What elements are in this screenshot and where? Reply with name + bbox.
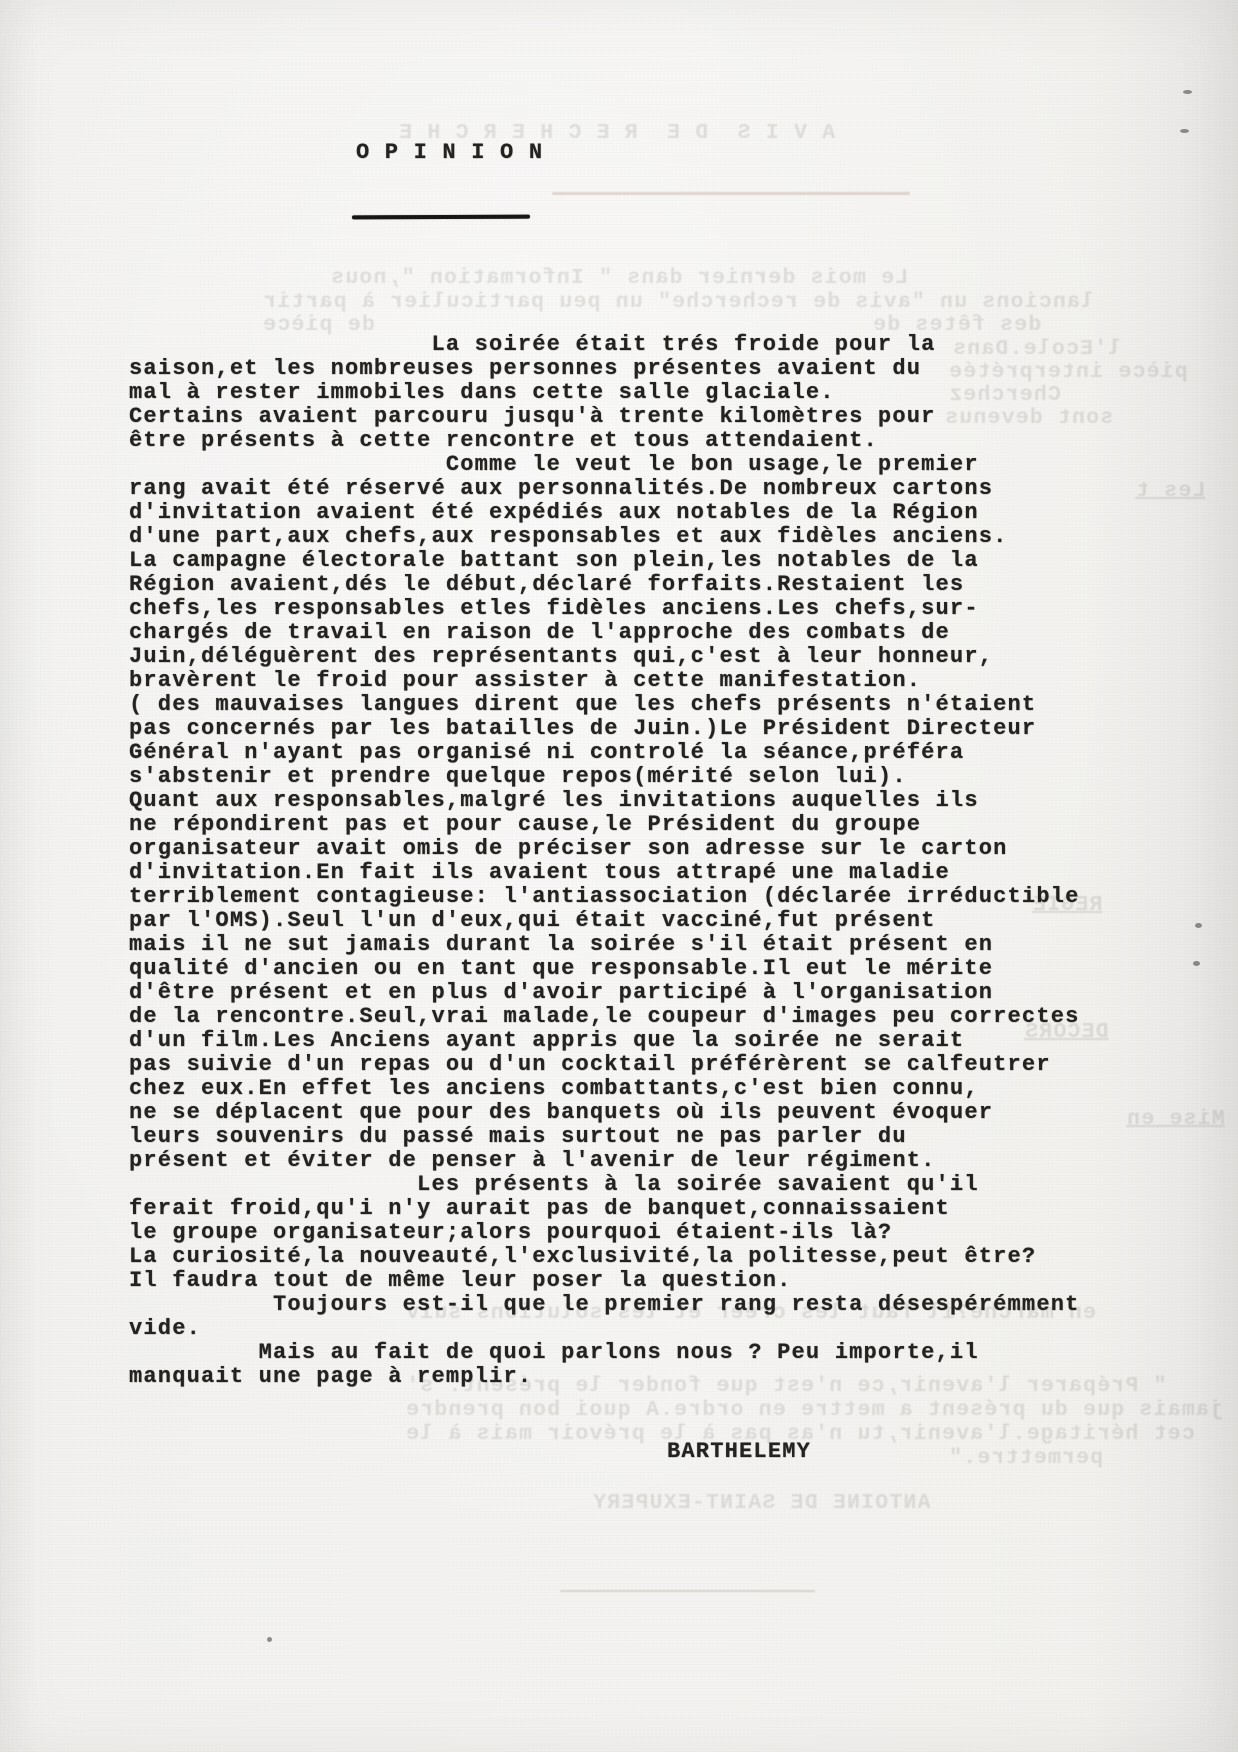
- signature: BARTHELEMY: [667, 1440, 811, 1464]
- scanned-document-page: A V I S D E R E C H E R C H ELe mois der…: [0, 0, 1238, 1752]
- title-underline: [352, 215, 530, 220]
- bleedthrough-text: Les t: [1135, 479, 1206, 503]
- scan-speck: [267, 1637, 272, 1642]
- bleedthrough-rule: [552, 192, 910, 195]
- bleedthrough-rule: [560, 1590, 815, 1592]
- bleedthrough-text: lancions un "avis de recherche" un peu p…: [262, 290, 1094, 314]
- document-body-text: La soirée était trés froide pour la sais…: [129, 333, 1080, 1389]
- page-title: O P I N I O N: [356, 141, 543, 165]
- scan-speck: [1180, 129, 1189, 133]
- bleedthrough-text: Le mois dernier dans " Information ",nou…: [330, 266, 908, 290]
- scan-speck: [1193, 961, 1200, 966]
- scan-speck: [1195, 923, 1202, 928]
- bleedthrough-text: ANTOINE DE SAINT-EXUPERY: [592, 1491, 930, 1515]
- scan-speck: [1183, 90, 1192, 94]
- bleedthrough-text: permettre.": [948, 1446, 1103, 1470]
- bleedthrough-text: jamais que du présent a mettre en ordre.…: [405, 1398, 1223, 1422]
- bleedthrough-text: Mise en: [1126, 1107, 1225, 1131]
